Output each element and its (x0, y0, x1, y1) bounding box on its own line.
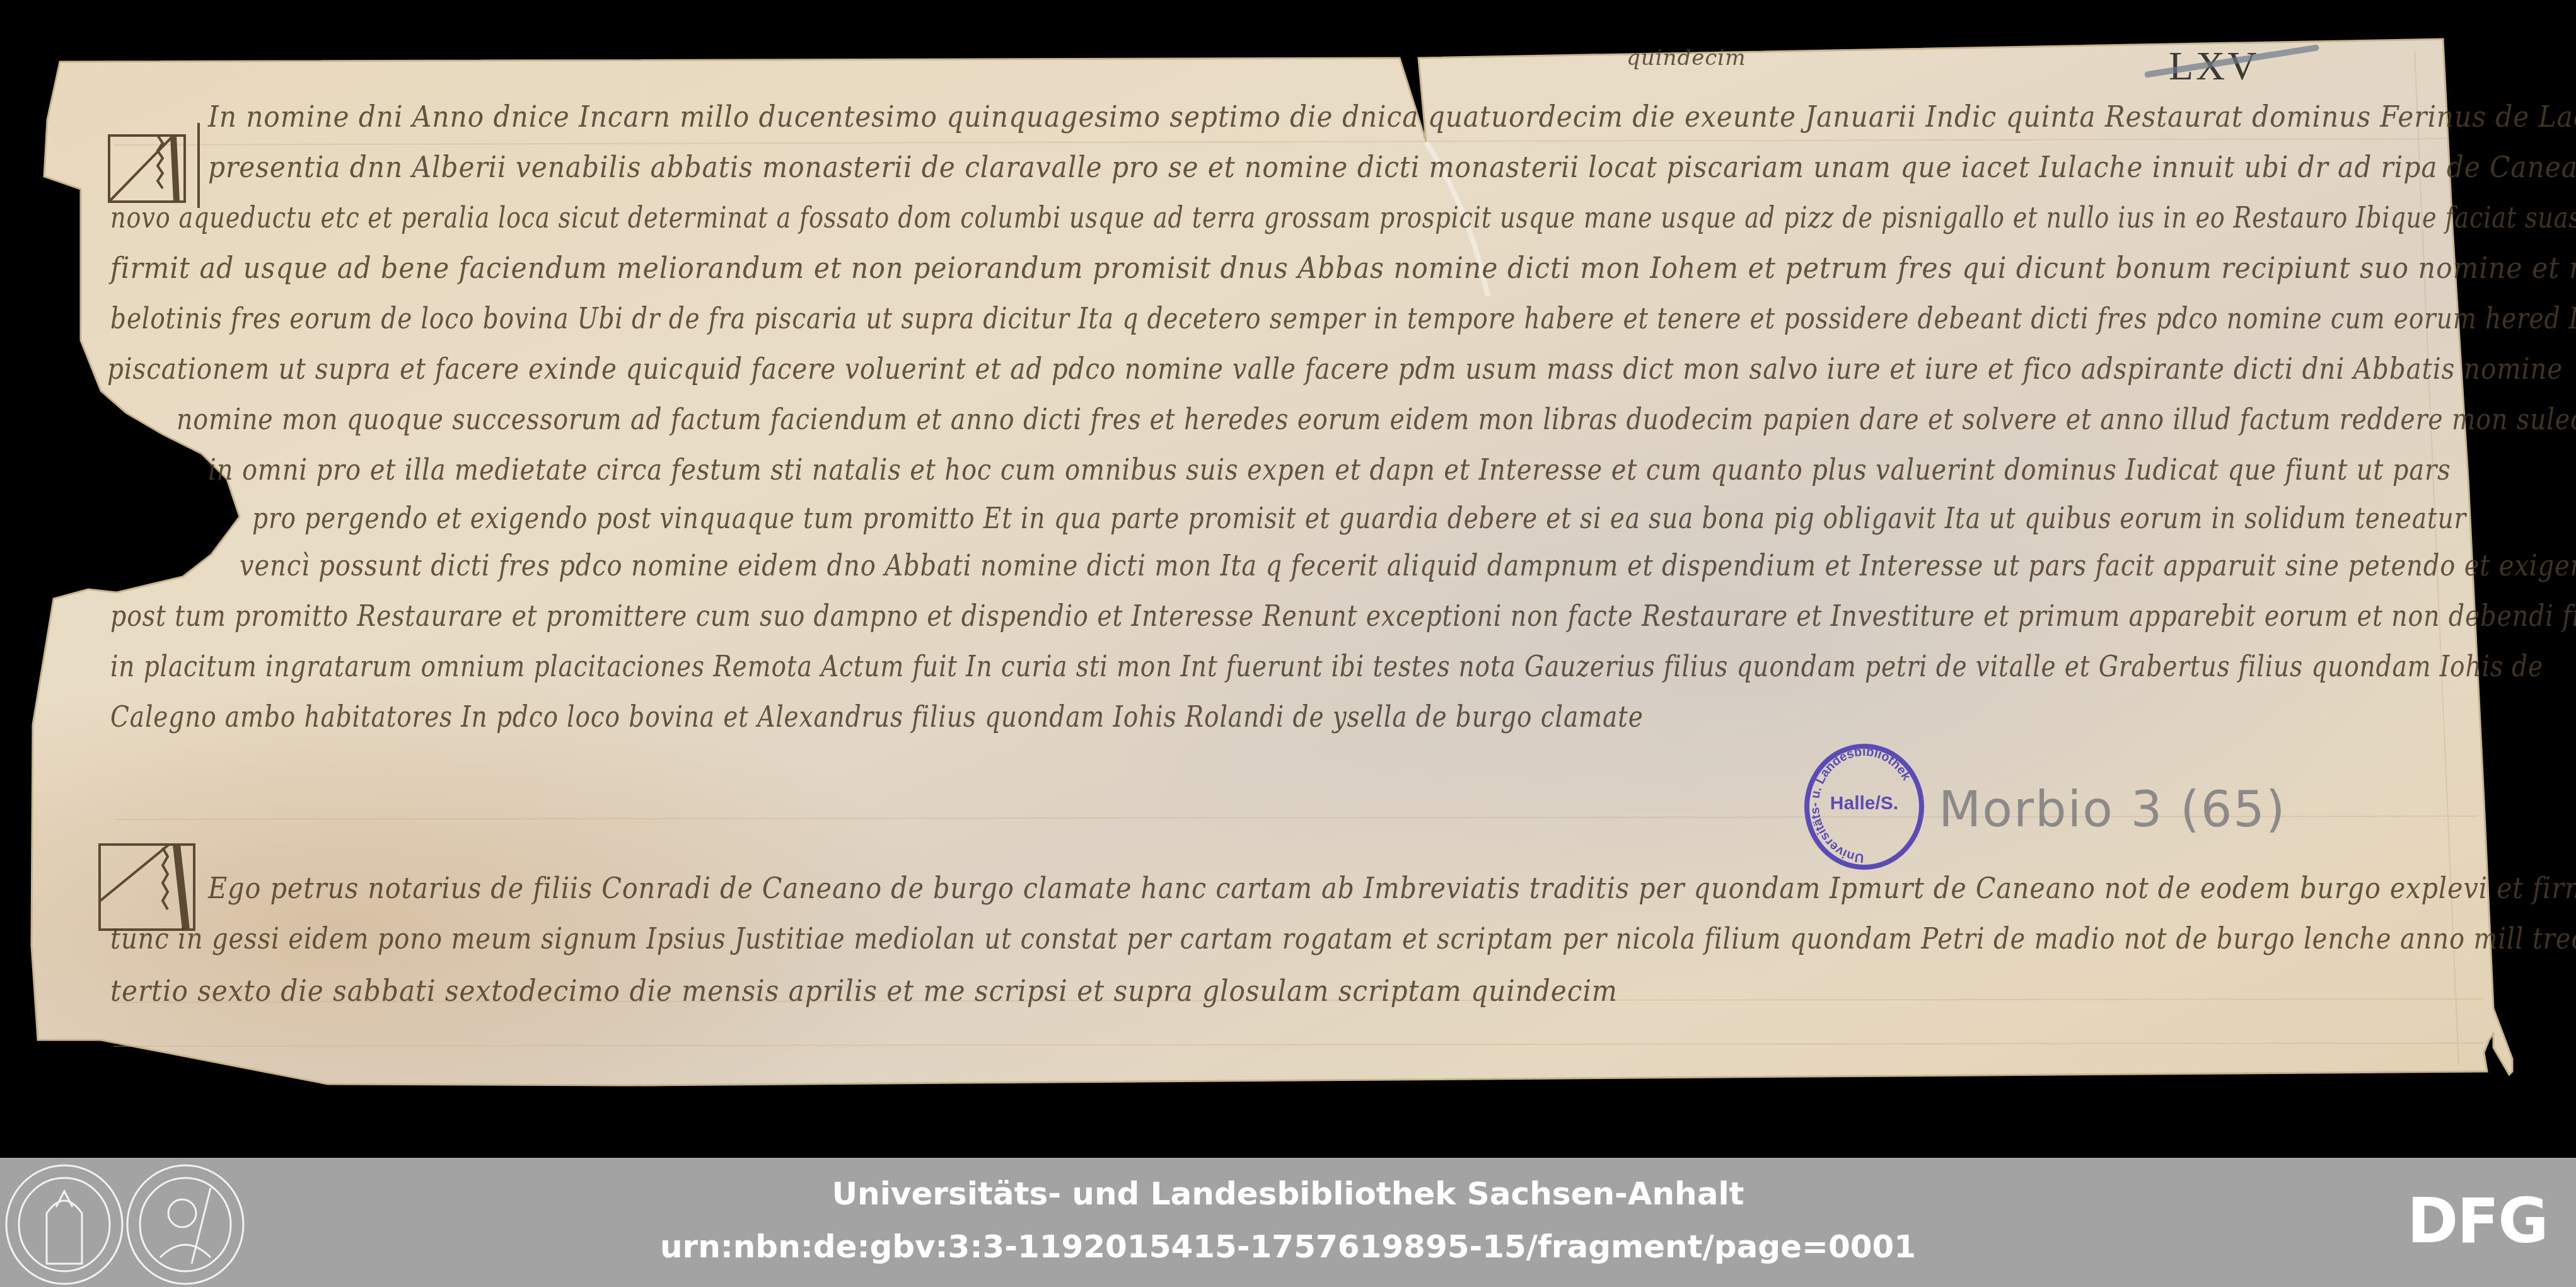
text-line: piscationem ut supra et facere exinde qu… (107, 352, 2563, 386)
text-line: tunc in gessi eidem pono meum signum Ips… (110, 921, 2576, 955)
dfg-logo: DFG (2407, 1191, 2548, 1252)
text-line: In nomine dni Anno dnice Incarn millo du… (208, 100, 2576, 134)
text-line: Calegno ambo habitatores In pdco loco bo… (110, 700, 1644, 734)
text-line: firmit ad usque ad bene faciendum melior… (110, 251, 2576, 285)
stamp-center-text: Halle/S. (1809, 793, 1919, 814)
urn-identifier[interactable]: urn:nbn:de:gbv:3:3-1192015415-1757619895… (0, 1228, 2576, 1265)
interlinear-note: quindecim (1627, 45, 1746, 71)
image-viewer[interactable]: LXV quindecim In nomine dni Anno dnice I… (0, 0, 2576, 1158)
library-ownership-stamp: Universitäts- u. Landesbibliothek Halle/… (1804, 744, 1924, 870)
text-line: Ego petrus notarius de filiis Conradi de… (208, 871, 2576, 905)
text-line: novo aqueductu etc et peralia loca sicut… (110, 200, 2576, 234)
text-line: pro pergendo et exigendo post vinquaque … (252, 501, 2466, 535)
text-line: nomine mon quoque successorum ad factum … (177, 402, 2576, 436)
text-line: tertio sexto die sabbati sextodecimo die… (110, 974, 1618, 1008)
footer-banner: Universitäts- und Landesbibliothek Sachs… (0, 1158, 2576, 1287)
text-line: presentia dnn Alberii venabilis abbatis … (208, 150, 2576, 184)
text-line: post tum promitto Restaurare et promitte… (110, 599, 2576, 633)
text-line: belotinis fres eorum de loco bovina Ubi … (110, 301, 2576, 335)
text-line: in placitum ingratarum omnium placitacio… (110, 649, 2543, 683)
text-line: in omni pro et illa medietate circa fest… (208, 453, 2451, 487)
text-line: vencì possunt dicti fres pdco nomine eid… (240, 548, 2576, 582)
pencil-shelfmark-note: Morbio 3 (65) (1939, 782, 2286, 838)
library-name: Universitäts- und Landesbibliothek Sachs… (0, 1175, 2576, 1212)
